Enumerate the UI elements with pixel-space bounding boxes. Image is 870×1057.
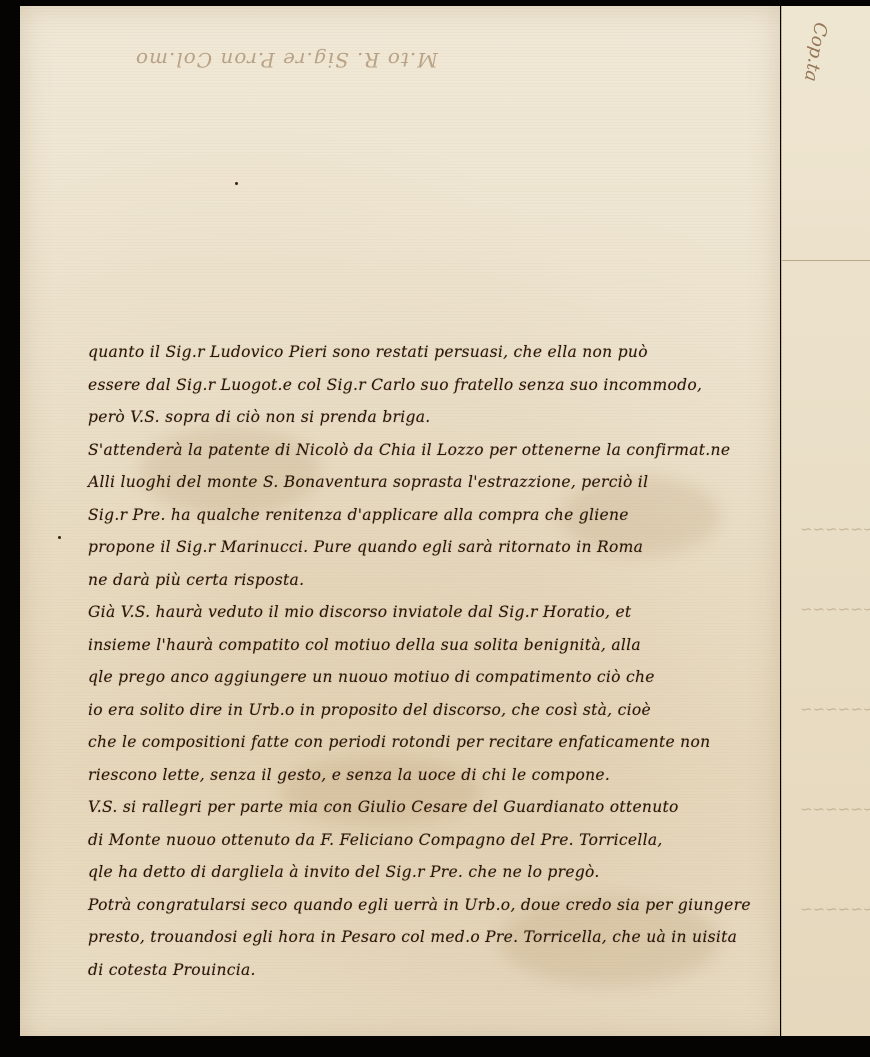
letter-line: di cotesta Prouincia.: [88, 954, 778, 987]
letter-line: Alli luoghi del monte S. Bonaventura sop…: [88, 466, 778, 499]
bleed-through-text: ~~~~~~~: [800, 800, 870, 818]
ink-dot: [235, 182, 238, 185]
letter-line: ne darà più certa risposta.: [88, 564, 778, 597]
letter-line: qle ha detto di dargliela à invito del S…: [88, 856, 778, 889]
letter-line: quanto il Sig.r Ludovico Pieri sono rest…: [88, 336, 778, 369]
letter-line: qle prego anco aggiungere un nuouo motiu…: [88, 661, 778, 694]
letter-line: Sig.r Pre. ha qualche renitenza d'applic…: [88, 499, 778, 532]
letter-line: Già V.S. haurà veduto il mio discorso in…: [88, 596, 778, 629]
background-edge: [20, 1036, 870, 1057]
letter-line: di Monte nuouo ottenuto da F. Feliciano …: [88, 824, 778, 857]
letter-line: V.S. si rallegri per parte mia con Giuli…: [88, 791, 778, 824]
bleed-through-text: ~~~~~~~: [800, 520, 870, 538]
bleed-through-text: ~~~~~~~: [800, 700, 870, 718]
letter-line: presto, trouandosi egli hora in Pesaro c…: [88, 921, 778, 954]
letter-line: essere dal Sig.r Luogot.e col Sig.r Carl…: [88, 369, 778, 402]
letter-body: quanto il Sig.r Ludovico Pieri sono rest…: [88, 336, 778, 986]
docket-annotation: M.to R. Sig.re P.ron Col.mo: [135, 48, 438, 72]
letter-line: insieme l'haurà compatito col motiuo del…: [88, 629, 778, 662]
letter-line: io era solito dire in Urb.o in proposito…: [88, 694, 778, 727]
letter-line: S'attenderà la patente di Nicolò da Chia…: [88, 434, 778, 467]
letter-line: però V.S. sopra di ciò non si prenda bri…: [88, 401, 778, 434]
letter-line: propone il Sig.r Marinucci. Pure quando …: [88, 531, 778, 564]
letter-line: che le compositioni fatte con periodi ro…: [88, 726, 778, 759]
fold-line: [782, 260, 870, 261]
bleed-through-text: ~~~~~~~: [800, 600, 870, 618]
bleed-through-text: ~~~~~~~: [800, 900, 870, 918]
letter-line: riescono lette, senza il gesto, e senza …: [88, 759, 778, 792]
letter-line: Potrà congratularsi seco quando egli uer…: [88, 889, 778, 922]
ink-dot: [58, 536, 61, 539]
